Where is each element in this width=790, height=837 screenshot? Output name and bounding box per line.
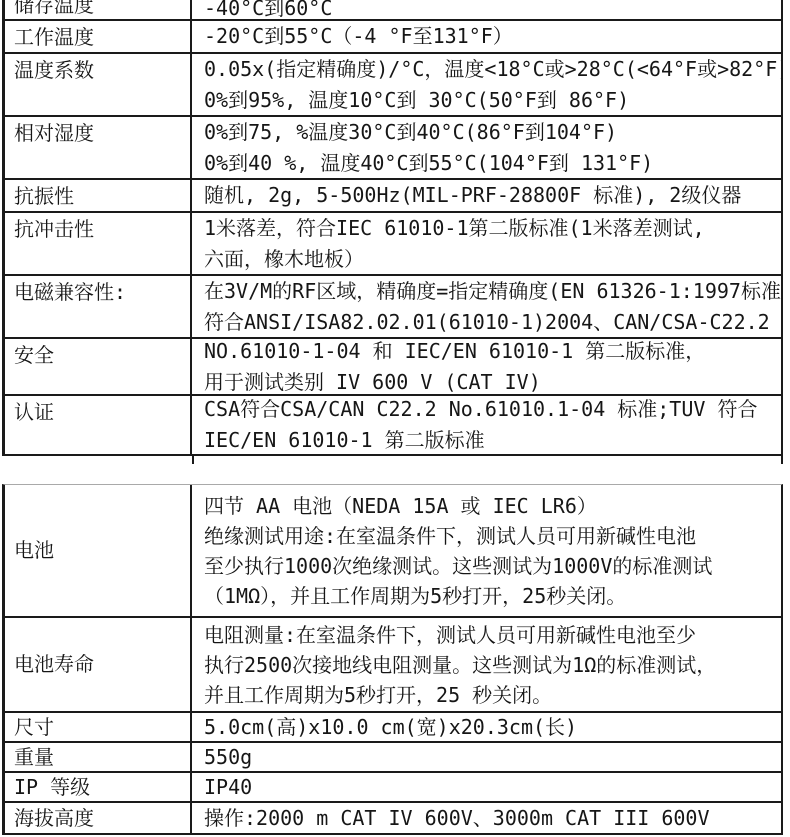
spec-value: 1米落差，符合IEC 61010-1第二版标准(1米落差测试,六面，橡木地板） [192, 213, 781, 274]
spec-value-line: 用于测试类别 IV 600 V (CAT IV) [204, 367, 781, 395]
spec-row: 电磁兼容性:在3V/M的RF区域，精确度=指定精确度(EN 61326-1:19… [5, 276, 781, 339]
spec-label: 电池 [5, 485, 192, 616]
spec-value-line: 0%到75, %温度30°C到40°C(86°F到104°F) [204, 117, 781, 148]
spec-value-line: 操作:2000 m CAT IV 600V、3000m CAT III 600V [204, 805, 781, 831]
spec-value: 在3V/M的RF区域，精确度=指定精确度(EN 61326-1:1997标准)符… [192, 276, 781, 337]
spec-row: 工作温度-20°C到55°C（-4 °F至131°F） [5, 21, 781, 54]
spec-value-line: NO.61010-1-04 和 IEC/EN 61010-1 第二版标准， [204, 339, 781, 367]
spec-label: 工作温度 [5, 21, 192, 52]
spec-row: 重量550g [5, 743, 781, 773]
spec-value-line: （1MΩ），并且工作周期为5秒打开，25秒关闭。 [204, 581, 781, 611]
spec-label: 认证 [5, 396, 192, 454]
spec-label: 海拔高度 [5, 803, 192, 833]
spec-label: 相对湿度 [5, 117, 192, 178]
spec-value: CSA符合CSA/CAN C22.2 No.61010.1-04 标准;TUV … [192, 396, 781, 454]
spec-value: 0%到75, %温度30°C到40°C(86°F到104°F)0%到40 %, … [192, 117, 781, 178]
spec-label: 安全 [5, 339, 192, 394]
spec-value-line: 电阻测量:在室温条件下，测试人员可用新碱性电池至少 [204, 620, 781, 650]
spec-row: 储存温度-40°C到60°C [5, 0, 781, 21]
spec-row: IP 等级IP40 [5, 773, 781, 803]
spec-value: 操作:2000 m CAT IV 600V、3000m CAT III 600V [192, 803, 781, 833]
cutoff-divider-line [192, 456, 194, 464]
spec-row: 抗冲击性1米落差，符合IEC 61010-1第二版标准(1米落差测试,六面，橡木… [5, 213, 781, 276]
spec-row: 海拔高度操作:2000 m CAT IV 600V、3000m CAT III … [5, 803, 781, 835]
spec-value-line: 5.0cm(高)x10.0 cm(宽)x20.3cm(长) [204, 714, 781, 740]
spec-label: 电池寿命 [5, 618, 192, 711]
spec-value: 0.05x(指定精确度)/°C，温度<18°C或>28°C(<64°F或>82°… [192, 54, 781, 115]
spec-value-line: 随机, 2g, 5-500Hz(MIL-PRF-28800F 标准), 2级仪器 [204, 180, 781, 211]
spec-row: 抗振性随机, 2g, 5-500Hz(MIL-PRF-28800F 标准), 2… [5, 180, 781, 213]
spec-row: 相对湿度0%到75, %温度30°C到40°C(86°F到104°F)0%到40… [5, 117, 781, 180]
spec-value-line: 四节 AA 电池（NEDA 15A 或 IEC LR6） [204, 491, 781, 521]
spec-label: 重量 [5, 743, 192, 771]
spec-value-line: -20°C到55°C（-4 °F至131°F） [204, 21, 781, 52]
spec-label: 电磁兼容性: [5, 276, 192, 337]
spec-label: 储存温度 [5, 0, 192, 19]
spec-value-line: CSA符合CSA/CAN C22.2 No.61010.1-04 标准;TUV … [204, 396, 781, 425]
spec-value: 5.0cm(高)x10.0 cm(宽)x20.3cm(长) [192, 713, 781, 741]
spec-value-line: 1米落差，符合IEC 61010-1第二版标准(1米落差测试, [204, 213, 781, 244]
spec-row: 安全NO.61010-1-04 和 IEC/EN 61010-1 第二版标准，用… [5, 339, 781, 396]
spec-value-line: 执行2500次接地线电阻测量。这些测试为1Ω的标准测试， [204, 650, 781, 680]
spec-label: 抗振性 [5, 180, 192, 211]
spec-value: NO.61010-1-04 和 IEC/EN 61010-1 第二版标准，用于测… [192, 339, 781, 394]
spec-row: 电池寿命电阻测量:在室温条件下，测试人员可用新碱性电池至少执行2500次接地线电… [5, 618, 781, 713]
spec-value-line: 在3V/M的RF区域，精确度=指定精确度(EN 61326-1:1997标准) [204, 276, 781, 307]
spec-value-line: 0%到40 %, 温度40°C到55°C(104°F到 131°F) [204, 148, 781, 179]
spec-value: -40°C到60°C [192, 0, 781, 19]
spec-row: 温度系数0.05x(指定精确度)/°C，温度<18°C或>28°C(<64°F或… [5, 54, 781, 117]
spec-value-line: 六面，橡木地板） [204, 244, 781, 275]
spec-table-environmental: 储存温度-40°C到60°C工作温度-20°C到55°C（-4 °F至131°F… [2, 0, 783, 456]
spec-value-line: IEC/EN 61010-1 第二版标准 [204, 425, 781, 454]
table-cutoff-stub [2, 456, 783, 464]
spec-value-line: 绝缘测试用途:在室温条件下，测试人员可用新碱性电池 [204, 521, 781, 551]
spec-row: 尺寸5.0cm(高)x10.0 cm(宽)x20.3cm(长) [5, 713, 781, 743]
spec-value-line: -40°C到60°C [204, 0, 781, 18]
spec-value: 随机, 2g, 5-500Hz(MIL-PRF-28800F 标准), 2级仪器 [192, 180, 781, 211]
spec-value-line: 并且工作周期为5秒打开，25 秒关闭。 [204, 680, 781, 710]
spec-value-line: 0%到95%, 温度10°C到 30°C(50°F到 86°F) [204, 85, 781, 116]
spec-value-line: 至少执行1000次绝缘测试。这些测试为1000V的标准测试 [204, 551, 781, 581]
spec-label: IP 等级 [5, 773, 192, 801]
spec-value-line: IP40 [204, 774, 781, 800]
spec-value: -20°C到55°C（-4 °F至131°F） [192, 21, 781, 52]
spec-value: 四节 AA 电池（NEDA 15A 或 IEC LR6）绝缘测试用途:在室温条件… [192, 485, 781, 616]
spec-value-line: 0.05x(指定精确度)/°C，温度<18°C或>28°C(<64°F或>82°… [204, 54, 781, 85]
spec-label: 温度系数 [5, 54, 192, 115]
spec-value: IP40 [192, 773, 781, 801]
spec-label: 抗冲击性 [5, 213, 192, 274]
spec-value-line: 550g [204, 744, 781, 770]
spec-row: 电池四节 AA 电池（NEDA 15A 或 IEC LR6）绝缘测试用途:在室温… [5, 485, 781, 618]
spec-value-line: 符合ANSI/ISA82.02.01(61010-1)2004、CAN/CSA-… [204, 307, 781, 338]
spec-value: 电阻测量:在室温条件下，测试人员可用新碱性电池至少执行2500次接地线电阻测量。… [192, 618, 781, 711]
spec-label: 尺寸 [5, 713, 192, 741]
spec-row: 认证CSA符合CSA/CAN C22.2 No.61010.1-04 标准;TU… [5, 396, 781, 456]
spec-value: 550g [192, 743, 781, 771]
spec-table-battery-physical: 电池四节 AA 电池（NEDA 15A 或 IEC LR6）绝缘测试用途:在室温… [2, 484, 783, 835]
cutoff-right-border-line [781, 456, 783, 464]
